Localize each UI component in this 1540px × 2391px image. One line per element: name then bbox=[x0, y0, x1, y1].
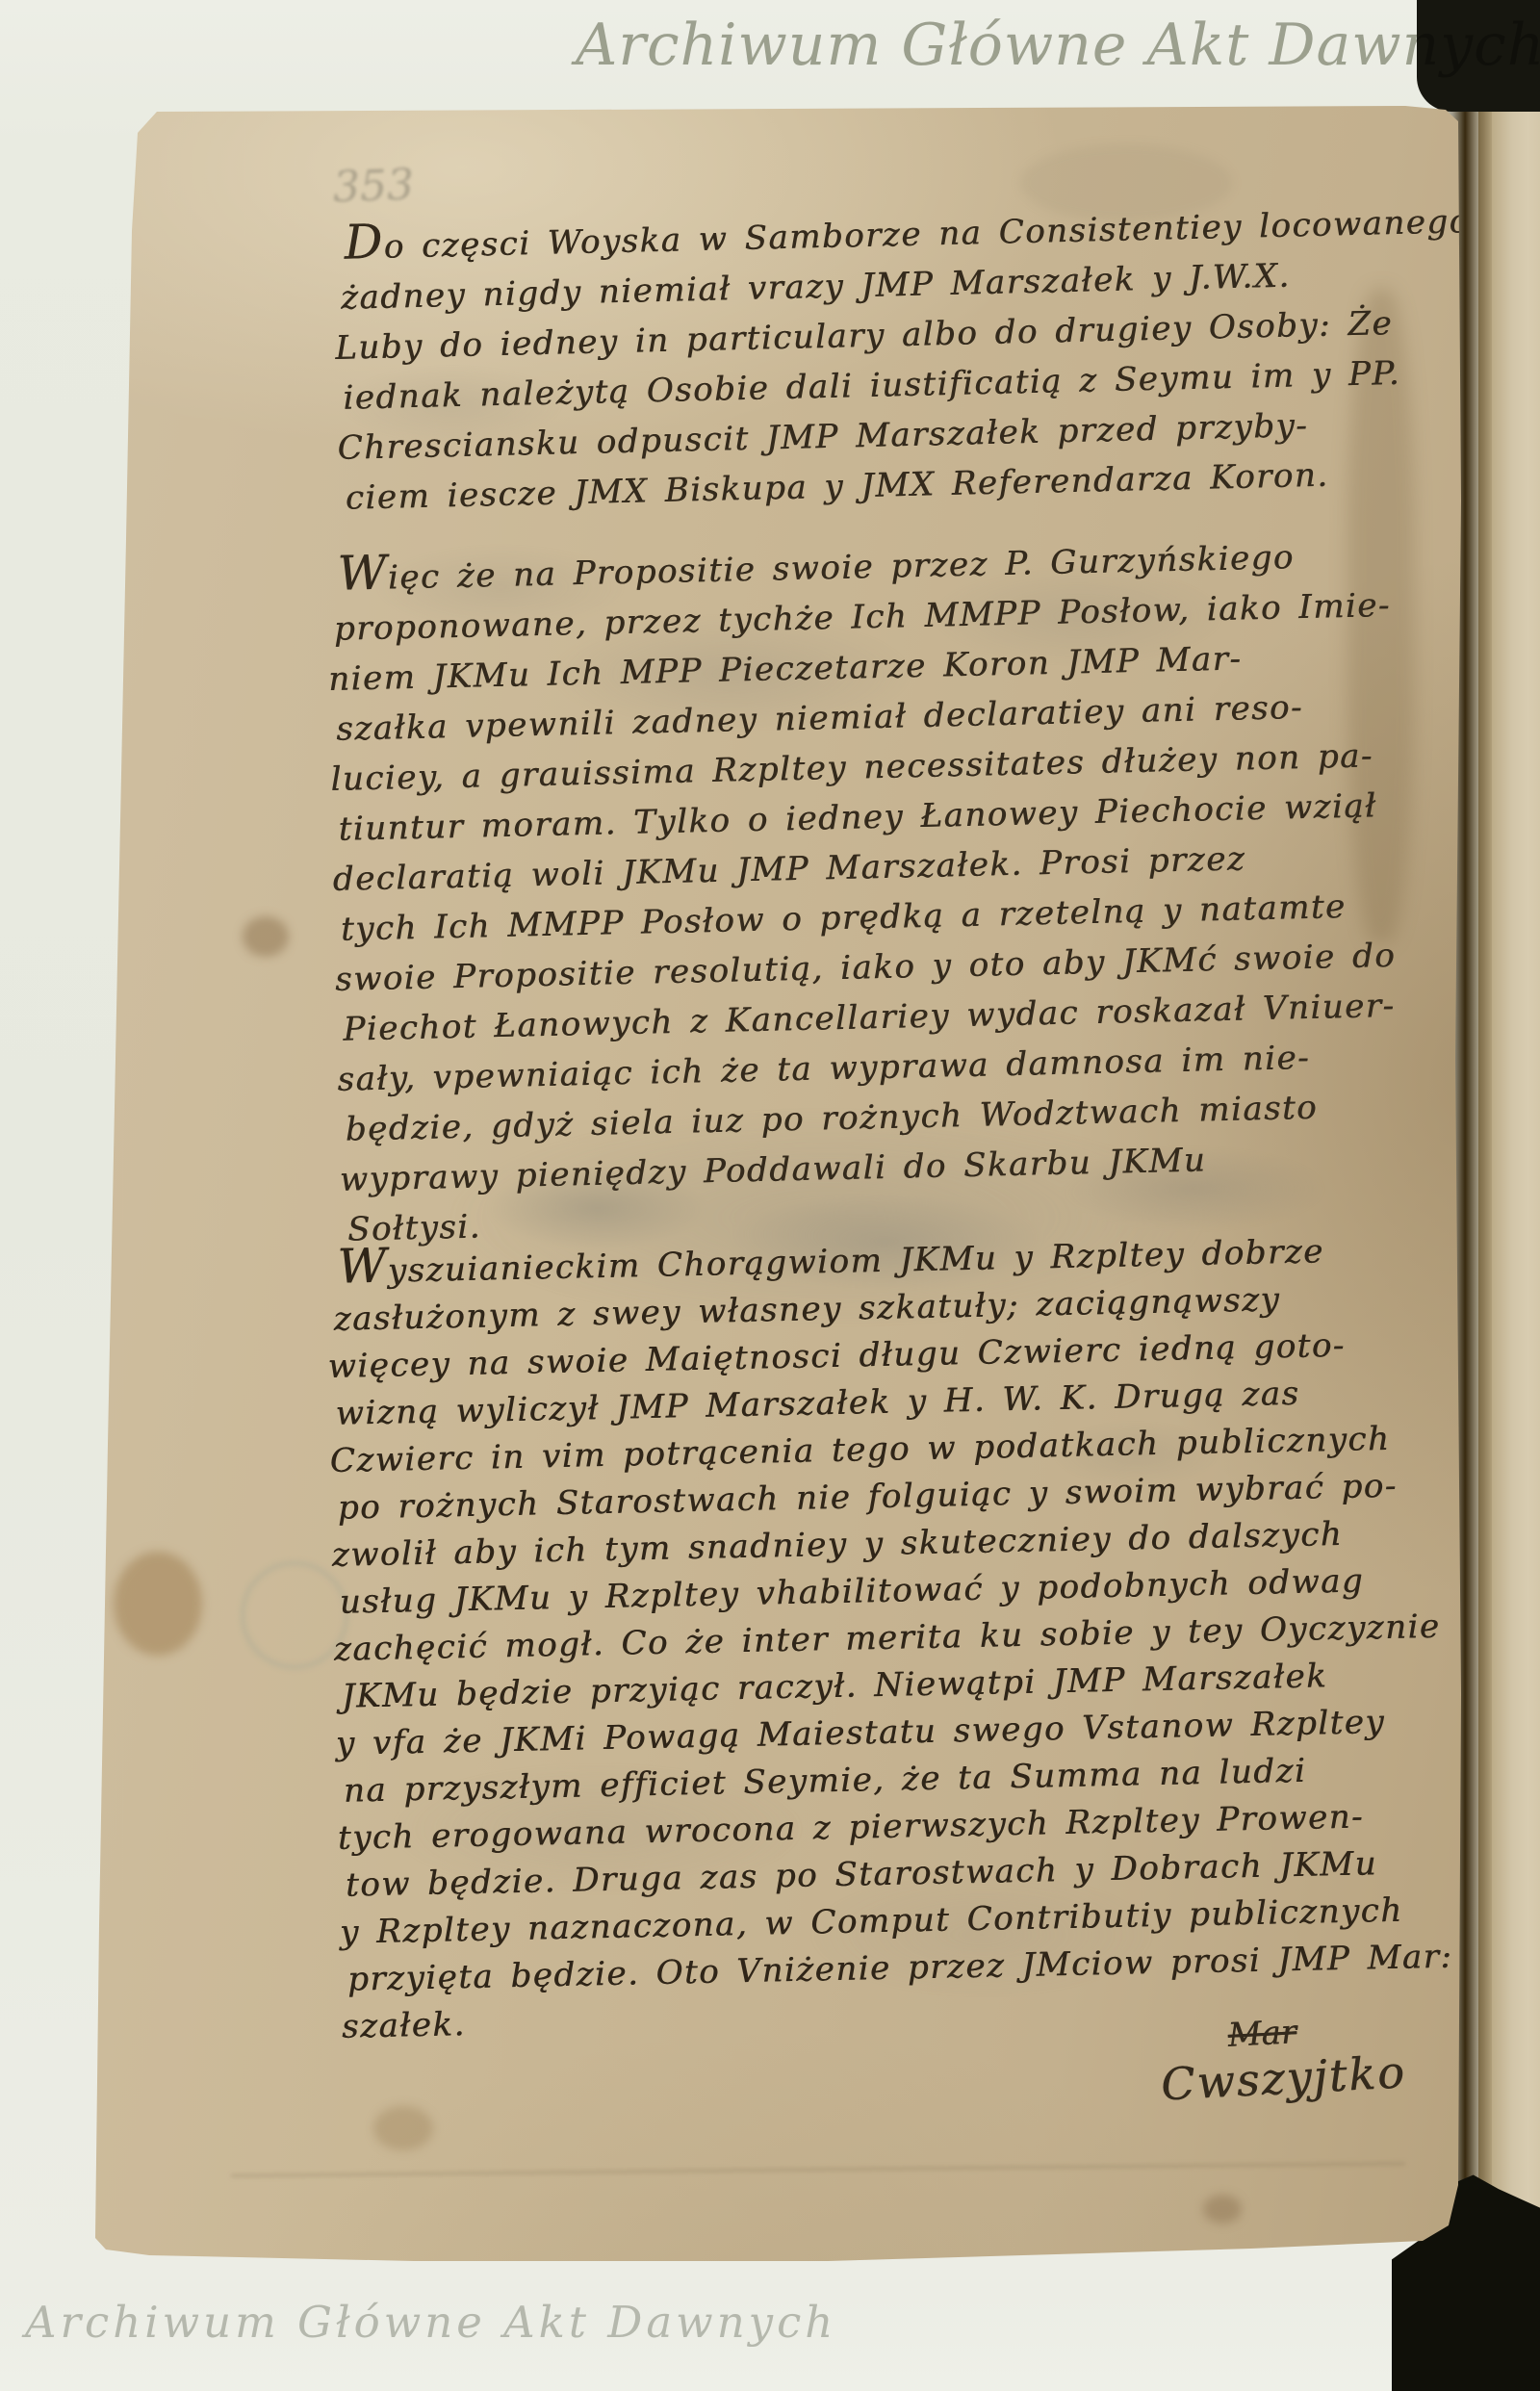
signature-block: Mar Cwszyjtko bbox=[1158, 2007, 1407, 2110]
manuscript-paragraph-3: Wyszuianieckim Chorągwiom JKMu y Rzpltey… bbox=[325, 1221, 1454, 2051]
manuscript-paragraph-1: Do częsci Woyska w Samborze na Consisten… bbox=[332, 191, 1476, 524]
paper-stain bbox=[243, 916, 289, 957]
archive-watermark-top: Archiwum Główne Akt Dawnych bbox=[576, 12, 1540, 79]
archive-watermark-bottom: Archiwum Główne Akt Dawnych bbox=[25, 2297, 836, 2348]
manuscript-page: 353 Do częsci Woyska w Samborze na Consi… bbox=[0, 0, 1540, 2391]
page-number-showthrough: 353 bbox=[332, 161, 415, 213]
paper-stain bbox=[1203, 2195, 1242, 2224]
archival-scan: 353 Do częsci Woyska w Samborze na Consi… bbox=[0, 0, 1540, 2391]
manuscript-paragraph-2: Więc że na Propositie swoie przez P. Gur… bbox=[325, 525, 1405, 1255]
paper-stain bbox=[114, 1552, 202, 1656]
paper-stain bbox=[373, 2106, 433, 2150]
